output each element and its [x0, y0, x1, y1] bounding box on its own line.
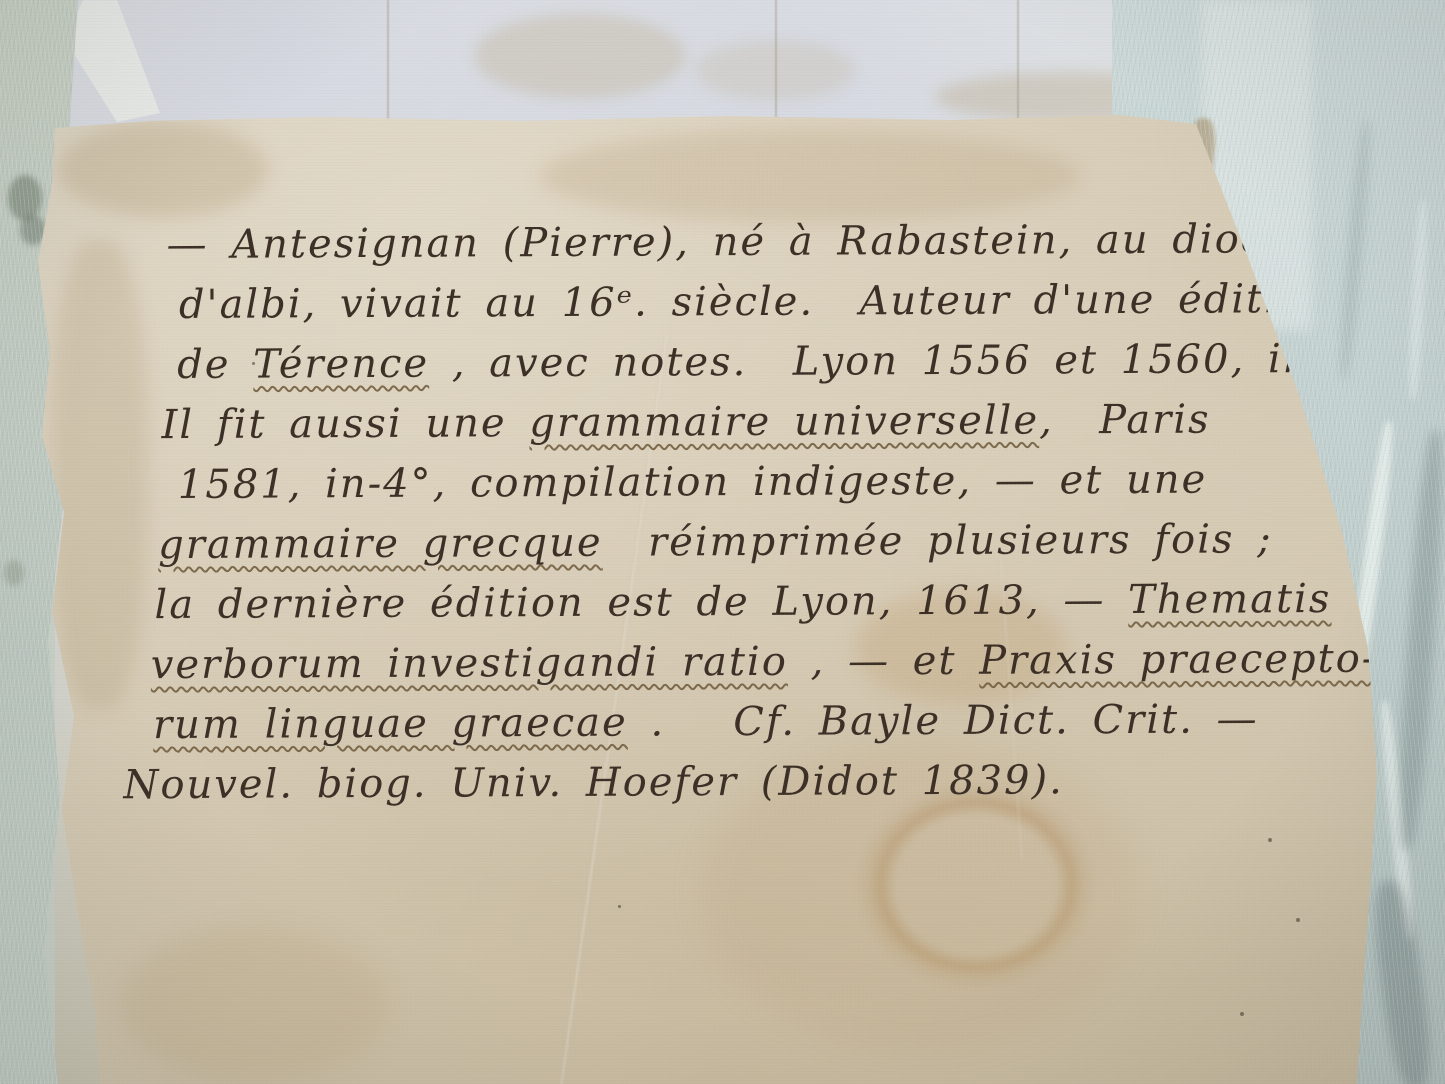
text-segment: de — [177, 342, 253, 388]
text-segment: d'albi, vivait au 16ᵉ. siècle. Auteur d'… — [179, 276, 1333, 328]
ink-speck — [1268, 838, 1272, 842]
paper-crease — [775, 0, 777, 122]
underlined-title: Thematis — [1128, 576, 1332, 623]
stain — [52, 240, 147, 710]
underlined-title: grammaire grecque — [158, 520, 603, 568]
ink-speck — [1240, 1012, 1244, 1016]
underlined-title: rum linguae graecae — [153, 700, 628, 748]
ink-speck — [618, 905, 621, 908]
handwritten-line: Il fit aussi une grammaire universelle, … — [161, 389, 1349, 455]
paper-smudge — [475, 14, 685, 98]
text-segment: Il fit aussi une — [161, 400, 529, 448]
handwritten-line: — Antesignan (Pierre), né à Rabastein, a… — [166, 209, 1348, 275]
text-segment: , — et — [788, 638, 980, 685]
underlined-title: grammaire universelle — [529, 397, 1039, 446]
note-text: — Antesignan (Pierre), né à Rabastein, a… — [148, 209, 1351, 815]
handwritten-line: Nouvel. biog. Univ. Hoefer (Didot 1839). — [123, 749, 1351, 815]
paper-crease — [1017, 0, 1019, 118]
handwritten-line: 1581, in-4°, compilation indigeste, — et… — [178, 449, 1350, 515]
stain — [540, 130, 1080, 222]
handwritten-line: grammaire grecque réimprimée plusieurs f… — [158, 509, 1350, 575]
underlined-title: Praxis praecepto- — [979, 636, 1377, 684]
text-segment: , Paris — [1039, 397, 1211, 444]
photograph-of-manuscript-note: — Antesignan (Pierre), né à Rabastein, a… — [0, 0, 1445, 1084]
handwritten-line: de Térence , avec notes. Lyon 1556 et 15… — [177, 329, 1349, 395]
crumple-shadow — [1393, 430, 1445, 851]
dark-spot — [8, 175, 42, 221]
underlined-title: verborum investigandi ratio — [151, 639, 788, 688]
underlined-title: Térence — [253, 341, 429, 388]
ink-speck — [1296, 918, 1300, 922]
text-segment: , avec notes. Lyon 1556 et 1560, in-4°. — [429, 336, 1390, 387]
dark-spot — [4, 560, 24, 586]
stain — [58, 122, 268, 217]
handwritten-line: verborum investigandi ratio , — et Praxi… — [151, 629, 1351, 695]
handwritten-line: rum linguae graecae . Cf. Bayle Dict. Cr… — [153, 689, 1351, 755]
text-segment: — Antesignan (Pierre), né à Rabastein, a… — [166, 216, 1339, 268]
handwritten-line: la dernière édition est de Lyon, 1613, —… — [154, 569, 1350, 635]
crumple-ridge — [1407, 200, 1429, 400]
handwritten-line: d'albi, vivait au 16ᵉ. siècle. Auteur d'… — [179, 269, 1349, 335]
text-segment: la dernière édition est de Lyon, 1613, — — [154, 577, 1128, 628]
paper-crease — [387, 0, 389, 122]
text-segment: réimprimée plusieurs fois ; — [602, 516, 1272, 566]
text-segment: 1581, in-4°, compilation indigeste, — et… — [178, 457, 1208, 508]
stain — [118, 928, 388, 1083]
crumple-shadow — [1337, 120, 1374, 380]
text-segment: Nouvel. biog. Univ. Hoefer (Didot 1839). — [123, 757, 1064, 808]
text-segment: . Cf. Bayle Dict. Crit. — — [628, 696, 1259, 745]
crumple-shadow — [1368, 878, 1437, 1084]
